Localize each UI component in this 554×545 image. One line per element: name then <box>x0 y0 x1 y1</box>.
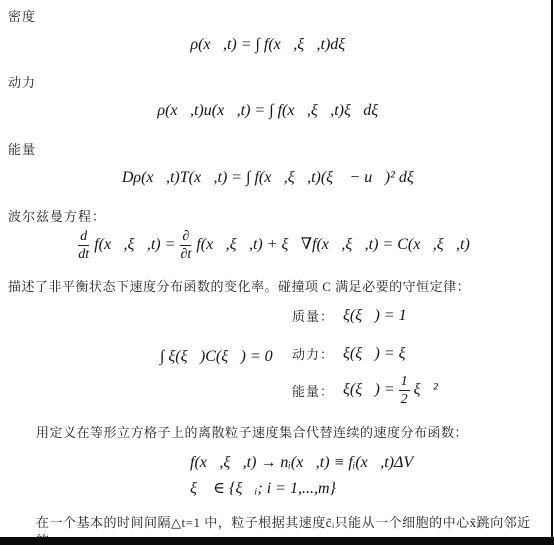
label-momentum-row: 动力： <box>292 344 334 363</box>
label-momentum: 动力 <box>8 72 36 91</box>
label-density: 密度 <box>8 6 36 25</box>
label-energy-row: 能量： <box>292 381 334 400</box>
label-mass: 质量： <box>292 306 334 325</box>
equation-mass: ξ(ξ⃗) = 1 <box>343 307 407 325</box>
fraction-one-half: 1 2 <box>399 374 410 407</box>
equation-momentum-row: ξ(ξ⃗) = ξ⃗ <box>343 345 418 363</box>
fraction-d-dt: d dt <box>78 229 89 262</box>
fraction-partial-dt: ∂ ∂t <box>180 229 191 262</box>
equation-energy: Dρ(x⃗,t)T(x⃗,t) = ∫ f(x⃗,ξ⃗,t)(ξ⃗ − u⃗)²… <box>0 166 548 190</box>
discrete-equation-line1: f(x⃗,ξ⃗,t) → nᵢ(x⃗,t) ≡ fᵢ(x⃗,t)ΔV <box>190 450 413 476</box>
paragraph-collision-term: 描述了非平衡状态下速度分布函数的变化率。碰撞项 C 满足必要的守恒定律： <box>8 278 538 296</box>
scan-edge-right-rule <box>551 0 553 545</box>
equation-discrete-velocities: f(x⃗,ξ⃗,t) → nᵢ(x⃗,t) ≡ fᵢ(x⃗,t)ΔV ξ⃗ ∈ … <box>190 450 413 502</box>
equation-boltzmann: d dt f(x⃗,ξ⃗,t) = ∂ ∂t f(x⃗,ξ⃗,t) + ξ⃗∇f… <box>0 224 548 266</box>
equation-collision-integral: ∫ ξ(ξ⃗)C(ξ⃗) = 0 <box>160 348 273 366</box>
equation-density: ρ(x⃗,t) = ∫ f(x⃗,ξ⃗,t)dξ⃗ <box>0 33 548 57</box>
document-page: 密度 ρ(x⃗,t) = ∫ f(x⃗,ξ⃗,t)dξ⃗ 动力 ρ(x⃗,t)u… <box>0 0 554 545</box>
boltzmann-segment-1: f(x⃗,ξ⃗,t) = <box>94 233 175 257</box>
label-energy: 能量 <box>8 139 36 158</box>
boltzmann-segment-2: f(x⃗,ξ⃗,t) + ξ⃗∇f(x⃗,ξ⃗,t) = C(x⃗,ξ⃗,t) <box>196 233 469 257</box>
conservation-row-momentum: 动力： ξ(ξ⃗) = ξ⃗ <box>292 344 418 363</box>
conservation-row-mass: 质量： ξ(ξ⃗) = 1 <box>292 306 407 325</box>
scan-edge-bottom-band <box>0 537 554 545</box>
paragraph-discretization: 用定义在等形立方格子上的离散粒子速度集合代替连续的速度分布函数： <box>36 424 536 442</box>
equation-momentum: ρ(x⃗,t)u(x⃗,t) = ∫ f(x⃗,ξ⃗,t)ξ⃗dξ⃗ <box>0 99 548 123</box>
energy-eq-prefix: ξ(ξ⃗) = <box>343 381 395 399</box>
energy-eq-suffix: ξ⃗² <box>414 381 438 399</box>
discrete-equation-line2: ξ⃗ ∈ {ξ⃗ᵢ; i = 1,...,m} <box>190 476 413 502</box>
conservation-row-energy: 能量： ξ(ξ⃗) = 1 2 ξ⃗² <box>292 374 438 407</box>
equation-energy-row: ξ(ξ⃗) = 1 2 ξ⃗² <box>343 374 438 407</box>
label-boltzmann-equation: 波尔兹曼方程： <box>8 206 106 225</box>
